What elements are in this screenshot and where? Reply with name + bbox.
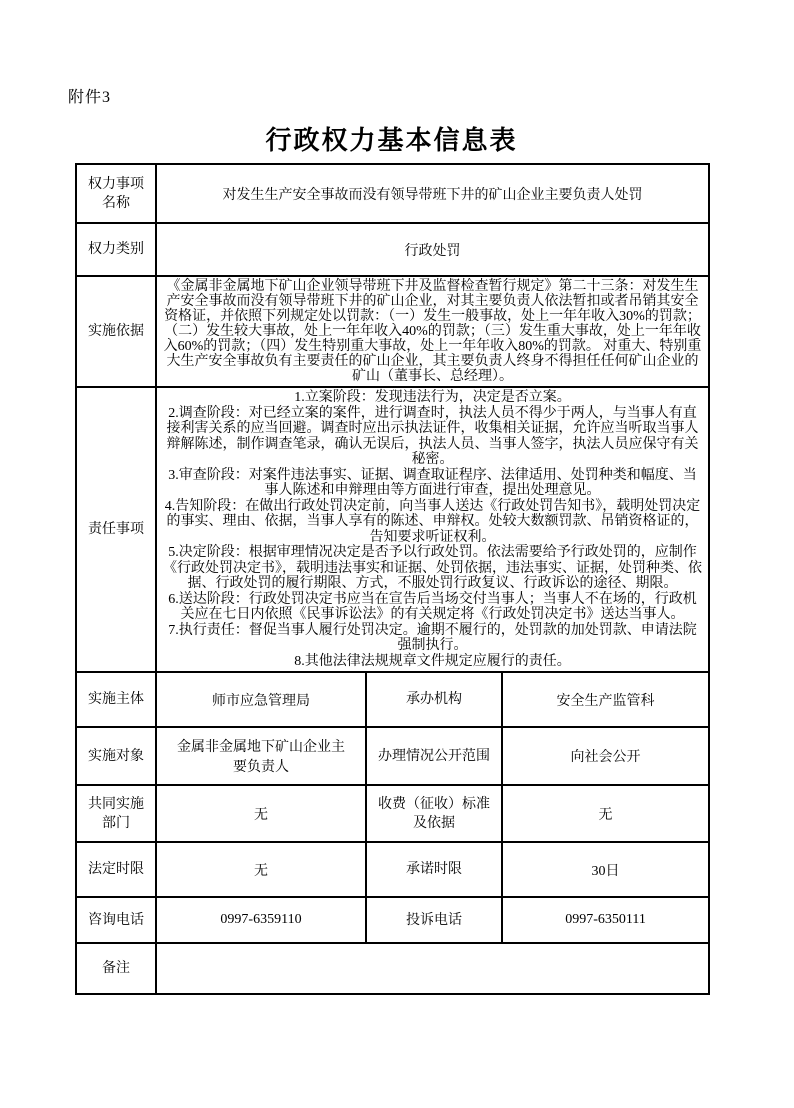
promised-time-label: 承诺时限 <box>366 842 502 897</box>
table-row-statutory-time: 法定时限 无 承诺时限 30日 <box>76 842 709 897</box>
complaint-phone-label: 投诉电话 <box>366 897 502 943</box>
table-row-joint-department: 共同实施 部门 无 收费（征收）标准 及依据 无 <box>76 785 709 842</box>
table-row-responsibility: 责任事项 1.立案阶段：发现违法行为，决定是否立案。 2.调查阶段：对已经立案的… <box>76 387 709 672</box>
attachment-label: 附件3 <box>68 84 111 107</box>
joint-department-label: 共同实施 部门 <box>76 785 156 842</box>
responsibility-item: 6.送达阶段：行政处罚决定书应当在宣告后当场交付当事人；当事人不在场的，行政机关… <box>163 592 702 623</box>
complaint-phone-value: 0997-6350111 <box>502 897 709 943</box>
fee-standard-label: 收费（征收）标准 及依据 <box>366 785 502 842</box>
page-title: 行政权力基本信息表 <box>75 120 708 157</box>
fee-standard-value: 无 <box>502 785 709 842</box>
disclosure-scope-value: 向社会公开 <box>502 727 709 785</box>
table-row-implementer: 实施主体 师市应急管理局 承办机构 安全生产监管科 <box>76 672 709 727</box>
joint-department-value: 无 <box>156 785 366 842</box>
responsibility-value: 1.立案阶段：发现违法行为，决定是否立案。 2.调查阶段：对已经立案的案件，进行… <box>156 387 709 672</box>
undertaking-org-label: 承办机构 <box>366 672 502 727</box>
power-item-value: 对发生生产安全事故而没有领导带班下井的矿山企业主要负责人处罚 <box>156 164 709 223</box>
table-row-power-item: 权力事项 名称 对发生生产安全事故而没有领导带班下井的矿山企业主要负责人处罚 <box>76 164 709 223</box>
responsibility-item: 2.调查阶段：对已经立案的案件，进行调查时，执法人员不得少于两人，与当事人有直接… <box>163 406 702 468</box>
table-row-remarks: 备注 <box>76 943 709 994</box>
target-value: 金属非金属地下矿山企业主 要负责人 <box>156 727 366 785</box>
power-category-label: 权力类别 <box>76 223 156 276</box>
table-row-target: 实施对象 金属非金属地下矿山企业主 要负责人 办理情况公开范围 向社会公开 <box>76 727 709 785</box>
implementation-basis-value: 《金属非金属地下矿山企业领导带班下井及监督检查暂行规定》第二十三条：对发生生产安… <box>156 276 709 387</box>
responsibility-item: 4.告知阶段：在做出行政处罚决定前，向当事人送达《行政处罚告知书》，载明处罚决定… <box>163 499 702 546</box>
implementer-label: 实施主体 <box>76 672 156 727</box>
consult-phone-value: 0997-6359110 <box>156 897 366 943</box>
implementation-basis-label: 实施依据 <box>76 276 156 387</box>
table-row-phone: 咨询电话 0997-6359110 投诉电话 0997-6350111 <box>76 897 709 943</box>
consult-phone-label: 咨询电话 <box>76 897 156 943</box>
remarks-label: 备注 <box>76 943 156 994</box>
power-item-label: 权力事项 名称 <box>76 164 156 223</box>
info-table: 权力事项 名称 对发生生产安全事故而没有领导带班下井的矿山企业主要负责人处罚 权… <box>75 163 710 995</box>
undertaking-org-value: 安全生产监管科 <box>502 672 709 727</box>
responsibility-item: 8.其他法律法规规章文件规定应履行的责任。 <box>163 654 702 670</box>
responsibility-item: 5.决定阶段：根据审理情况决定是否予以行政处罚。依法需要给予行政处罚的，应制作《… <box>163 545 702 592</box>
power-category-value: 行政处罚 <box>156 223 709 276</box>
statutory-time-value: 无 <box>156 842 366 897</box>
disclosure-scope-label: 办理情况公开范围 <box>366 727 502 785</box>
table-row-implementation-basis: 实施依据 《金属非金属地下矿山企业领导带班下井及监督检查暂行规定》第二十三条：对… <box>76 276 709 387</box>
implementer-value: 师市应急管理局 <box>156 672 366 727</box>
responsibility-item: 3.审查阶段：对案件违法事实、证据、调查取证程序、法律适用、处罚种类和幅度、当事… <box>163 468 702 499</box>
target-label: 实施对象 <box>76 727 156 785</box>
responsibility-item: 1.立案阶段：发现违法行为，决定是否立案。 <box>163 390 702 406</box>
table-row-power-category: 权力类别 行政处罚 <box>76 223 709 276</box>
promised-time-value: 30日 <box>502 842 709 897</box>
statutory-time-label: 法定时限 <box>76 842 156 897</box>
responsibility-label: 责任事项 <box>76 387 156 672</box>
responsibility-item: 7.执行责任：督促当事人履行处罚决定。逾期不履行的，处罚款的加处罚款、申请法院强… <box>163 623 702 654</box>
remarks-value <box>156 943 709 994</box>
